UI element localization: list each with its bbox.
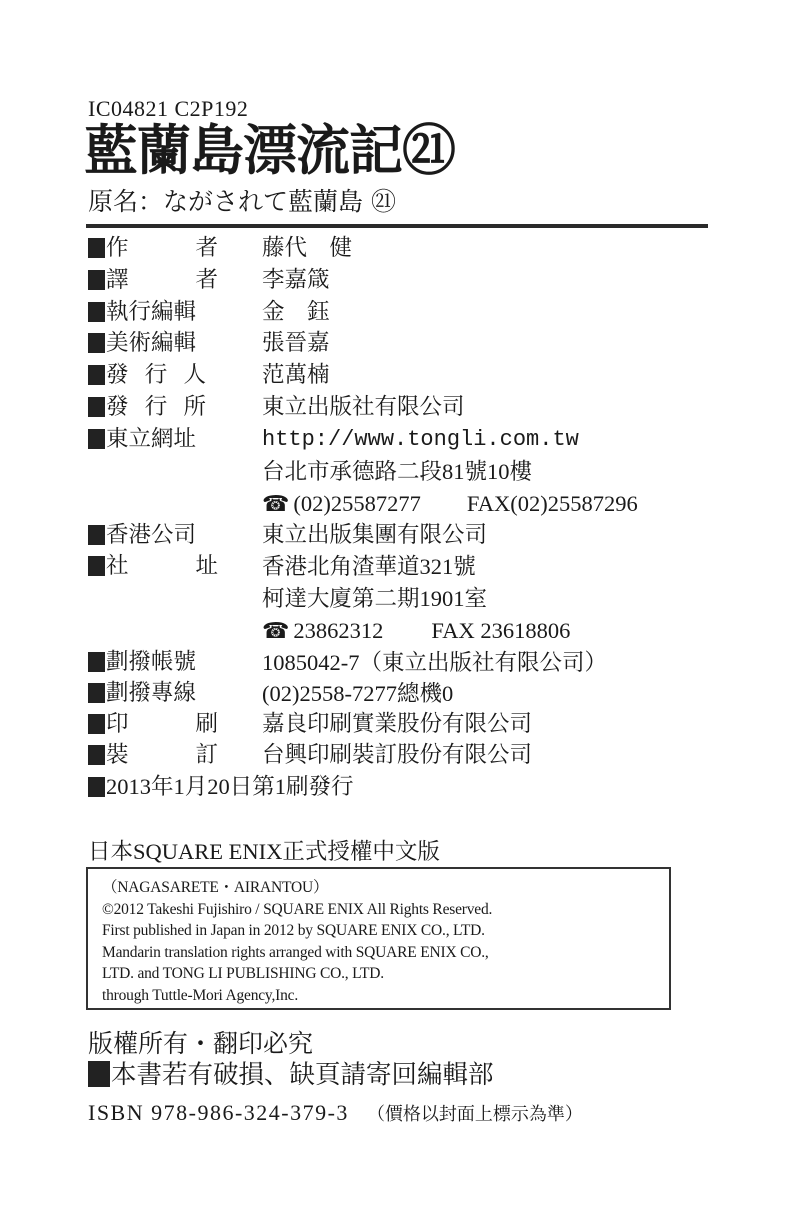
original-title: 原名：ながされて藍蘭島 ㉑ (88, 186, 396, 218)
credit-label: 美術編輯 (106, 328, 218, 359)
hk-company: 東立出版集團有限公司 (262, 520, 487, 551)
printer: 嘉良印刷實業股份有限公司 (262, 709, 532, 740)
damage-notice-row: 本書若有破損、缺頁請寄回編輯部 (88, 1057, 494, 1093)
credit-row-executive-editor: 執行編輯 金 鈺 (88, 297, 106, 328)
isbn-number: ISBN 978-986-324-379-3 (88, 1100, 349, 1125)
payment-hotline: (02)2558-7277總機0 (262, 678, 453, 709)
square-bullet-icon (88, 777, 105, 797)
credit-row-website: 東立網址 http://www.tongli.com.tw (88, 424, 106, 455)
price-note: （價格以封面上標示為準） (367, 1104, 583, 1125)
rights-reserved: 版權所有・翻印必究 (88, 1024, 313, 1060)
credit-label: 發行所 (106, 392, 206, 423)
credit-row-author: 作者 藤代 健 (88, 233, 106, 264)
square-bullet-icon (88, 429, 105, 449)
credit-label: 作者 (106, 233, 218, 264)
hk-address-line2: 柯達大廈第二期1901室 (262, 583, 487, 614)
copyright-line: ©2012 Takeshi Fujishiro / SQUARE ENIX Al… (102, 899, 669, 921)
credit-row-publisher-person: 發行人 范萬楠 (88, 360, 106, 391)
license-notice: 日本SQUARE ENIX正式授權中文版 (88, 834, 440, 866)
credit-label: 劃撥專線 (106, 678, 218, 709)
credit-value: 范萬楠 (262, 360, 330, 391)
hk-address-row: 社址 香港北角渣華道321號 (88, 551, 106, 582)
square-bullet-icon (88, 652, 105, 672)
credit-label: 香港公司 (106, 520, 218, 551)
title-divider (86, 224, 708, 228)
taipei-fax: FAX(02)25587296 (467, 491, 638, 516)
hk-fax: FAX 23618806 (431, 618, 570, 643)
credit-row-translator: 譯者 李嘉箴 (88, 265, 106, 296)
binder-row: 裝訂 台興印刷裝訂股份有限公司 (88, 740, 106, 771)
copyright-box: （NAGASARETE・AIRANTOU） ©2012 Takeshi Fuji… (86, 867, 671, 1010)
taipei-phone: (02)25587277 (293, 491, 421, 516)
square-bullet-icon (88, 270, 105, 290)
credit-label: 印刷 (106, 709, 218, 740)
copyright-line: （NAGASARETE・AIRANTOU） (102, 877, 669, 899)
credit-value: 藤代 健 (262, 233, 352, 264)
square-bullet-icon (88, 714, 105, 734)
credit-label: 東立網址 (106, 424, 218, 455)
square-bullet-icon (88, 683, 105, 703)
copyright-line: LTD. and TONG LI PUBLISHING CO., LTD. (102, 963, 669, 985)
printer-row: 印刷 嘉良印刷實業股份有限公司 (88, 709, 106, 740)
credit-row-publisher-company: 發行所 東立出版社有限公司 (88, 392, 106, 423)
damage-notice: 本書若有破損、缺頁請寄回編輯部 (111, 1060, 494, 1090)
hk-company-row: 香港公司 東立出版集團有限公司 (88, 520, 106, 551)
print-date-row: 2013年1月20日第1刷發行 (88, 771, 354, 802)
square-bullet-icon (88, 745, 105, 765)
copyright-line: Mandarin translation rights arranged wit… (102, 942, 669, 964)
credit-label: 裝訂 (106, 740, 218, 771)
copyright-line: First published in Japan in 2012 by SQUA… (102, 920, 669, 942)
telephone-icon: ☎ (262, 616, 289, 647)
credit-label: 劃撥帳號 (106, 647, 218, 678)
credit-label: 社址 (106, 551, 218, 582)
square-bullet-icon (88, 556, 105, 576)
book-title: 藍蘭島漂流記㉑ (84, 118, 455, 182)
hk-address-line1: 香港北角渣華道321號 (262, 551, 476, 582)
telephone-icon: ☎ (262, 489, 289, 520)
square-bullet-icon (88, 525, 105, 545)
credit-row-art-editor: 美術編輯 張晉嘉 (88, 328, 106, 359)
binder: 台興印刷裝訂股份有限公司 (262, 740, 532, 771)
payment-hotline-row: 劃撥專線 (02)2558-7277總機0 (88, 678, 106, 709)
square-bullet-icon (88, 302, 105, 322)
credit-value: 李嘉箴 (262, 265, 330, 296)
credit-label: 譯者 (106, 265, 218, 296)
square-bullet-icon (88, 238, 105, 258)
taipei-address: 台北市承德路二段81號10樓 (262, 456, 532, 487)
copyright-line: through Tuttle-Mori Agency,Inc. (102, 985, 669, 1007)
square-bullet-icon (88, 397, 105, 417)
payment-account-row: 劃撥帳號 1085042-7（東立出版社有限公司） (88, 647, 106, 678)
website-url[interactable]: http://www.tongli.com.tw (262, 424, 579, 455)
credit-label: 執行編輯 (106, 297, 218, 328)
square-bullet-icon (88, 333, 105, 353)
credit-value: 金 鈺 (262, 297, 330, 328)
credit-label: 發行人 (106, 360, 206, 391)
isbn-row: ISBN 978-986-324-379-3（價格以封面上標示為準） (88, 1100, 583, 1126)
hk-phone: 23862312 (293, 618, 383, 643)
square-bullet-icon (88, 365, 105, 385)
credit-value: 張晉嘉 (262, 328, 330, 359)
square-bullet-icon (88, 1061, 110, 1087)
credit-value: 東立出版社有限公司 (262, 392, 465, 423)
payment-account: 1085042-7（東立出版社有限公司） (262, 647, 607, 678)
print-date: 2013年1月20日第1刷發行 (106, 774, 354, 799)
